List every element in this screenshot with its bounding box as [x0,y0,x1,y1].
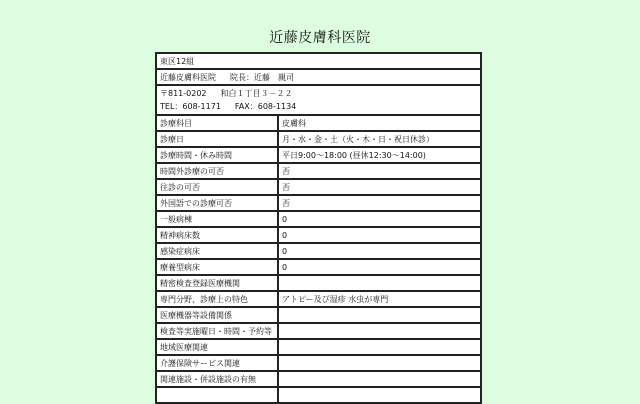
row-value: アトピー及び湿疹 水虫が専門 [278,291,481,307]
row-label: 診療時間・休み時間 [156,147,278,163]
row-label: 外国語での診療可否 [156,195,278,211]
row-label: 感染症病床 [156,243,278,259]
row-value [278,339,481,355]
row-label: 精密検査登録医療機関 [156,275,278,291]
table-row: 診療日月・水・金・土（火・木・日・祝日休診） [156,131,481,147]
table-row: 関連施設・併設施設の有無 [156,371,481,387]
table-row: 精密検査登録医療機関 [156,275,481,291]
table-row: 近藤皮膚科医院院長：近藤 親司 [156,69,481,85]
row-label: 検査等実施曜日・時間・予約等 [156,323,278,339]
row-label: 精神病床数 [156,227,278,243]
row-value [278,371,481,387]
row-value [278,355,481,371]
table-row: 専門分野、診療上の特色アトピー及び湿疹 水虫が専門 [156,291,481,307]
district-cell: 東区12組 [156,53,481,69]
row-value [278,387,481,400]
row-value: 0 [278,243,481,259]
director-name: 院長：近藤 親司 [230,73,294,82]
row-label: 専門分野、診療上の特色 [156,291,278,307]
tel-number: TEL：608-1171 [160,102,221,111]
street-address: 和白１丁目３－２２ [221,89,293,98]
address-cell: 〒811-0202和白１丁目３－２２ TEL：608-1171FAX：608-1… [156,85,481,115]
row-value [278,275,481,291]
clinic-name: 近藤皮膚科医院 [160,73,216,82]
table-row: 医療機器等設備関係 [156,307,481,323]
table-row: 地域医療関連 [156,339,481,355]
table-row: 介護保険サービス関連 [156,355,481,371]
row-label: 一般病棟 [156,211,278,227]
page-title: 近藤皮膚科医院 [0,27,640,47]
postal-code: 〒811-0202 [160,89,207,98]
row-label [156,387,278,400]
row-value: 皮膚科 [278,115,481,131]
table-row [156,387,481,400]
table-row: 診療時間・休み時間平日9:00～18:00 (昼休12:30～14:00) [156,147,481,163]
row-value: 0 [278,259,481,275]
table-row: 時間外診療の可否否 [156,163,481,179]
row-label: 介護保険サービス関連 [156,355,278,371]
clinic-name-cell: 近藤皮膚科医院院長：近藤 親司 [156,69,481,85]
row-label: 関連施設・併設施設の有無 [156,371,278,387]
row-label: 診療科目 [156,115,278,131]
table-row: 精神病床数0 [156,227,481,243]
table-row: 感染症病床0 [156,243,481,259]
table-row: 診療科目皮膚科 [156,115,481,131]
table-row: 〒811-0202和白１丁目３－２２ TEL：608-1171FAX：608-1… [156,85,481,115]
row-label: 医療機器等設備関係 [156,307,278,323]
table-row: 東区12組 [156,53,481,69]
row-value: 0 [278,211,481,227]
row-label: 診療日 [156,131,278,147]
row-label: 往診の可否 [156,179,278,195]
row-label: 地域医療関連 [156,339,278,355]
row-value [278,323,481,339]
table-row: 療養型病床0 [156,259,481,275]
row-value: 否 [278,163,481,179]
row-value: 平日9:00～18:00 (昼休12:30～14:00) [278,147,481,163]
row-value: 月・水・金・土（火・木・日・祝日休診） [278,131,481,147]
row-value: 0 [278,227,481,243]
row-label: 療養型病床 [156,259,278,275]
table-row: 一般病棟0 [156,211,481,227]
row-value: 否 [278,179,481,195]
table-row: 外国語での診療可否否 [156,195,481,211]
row-value: 否 [278,195,481,211]
fax-number: FAX：608-1134 [235,102,296,111]
row-label: 時間外診療の可否 [156,163,278,179]
table-row: 検査等実施曜日・時間・予約等 [156,323,481,339]
row-value [278,307,481,323]
clinic-info-table: 東区12組 近藤皮膚科医院院長：近藤 親司 〒811-0202和白１丁目３－２２… [155,52,482,400]
table-row: 往診の可否否 [156,179,481,195]
